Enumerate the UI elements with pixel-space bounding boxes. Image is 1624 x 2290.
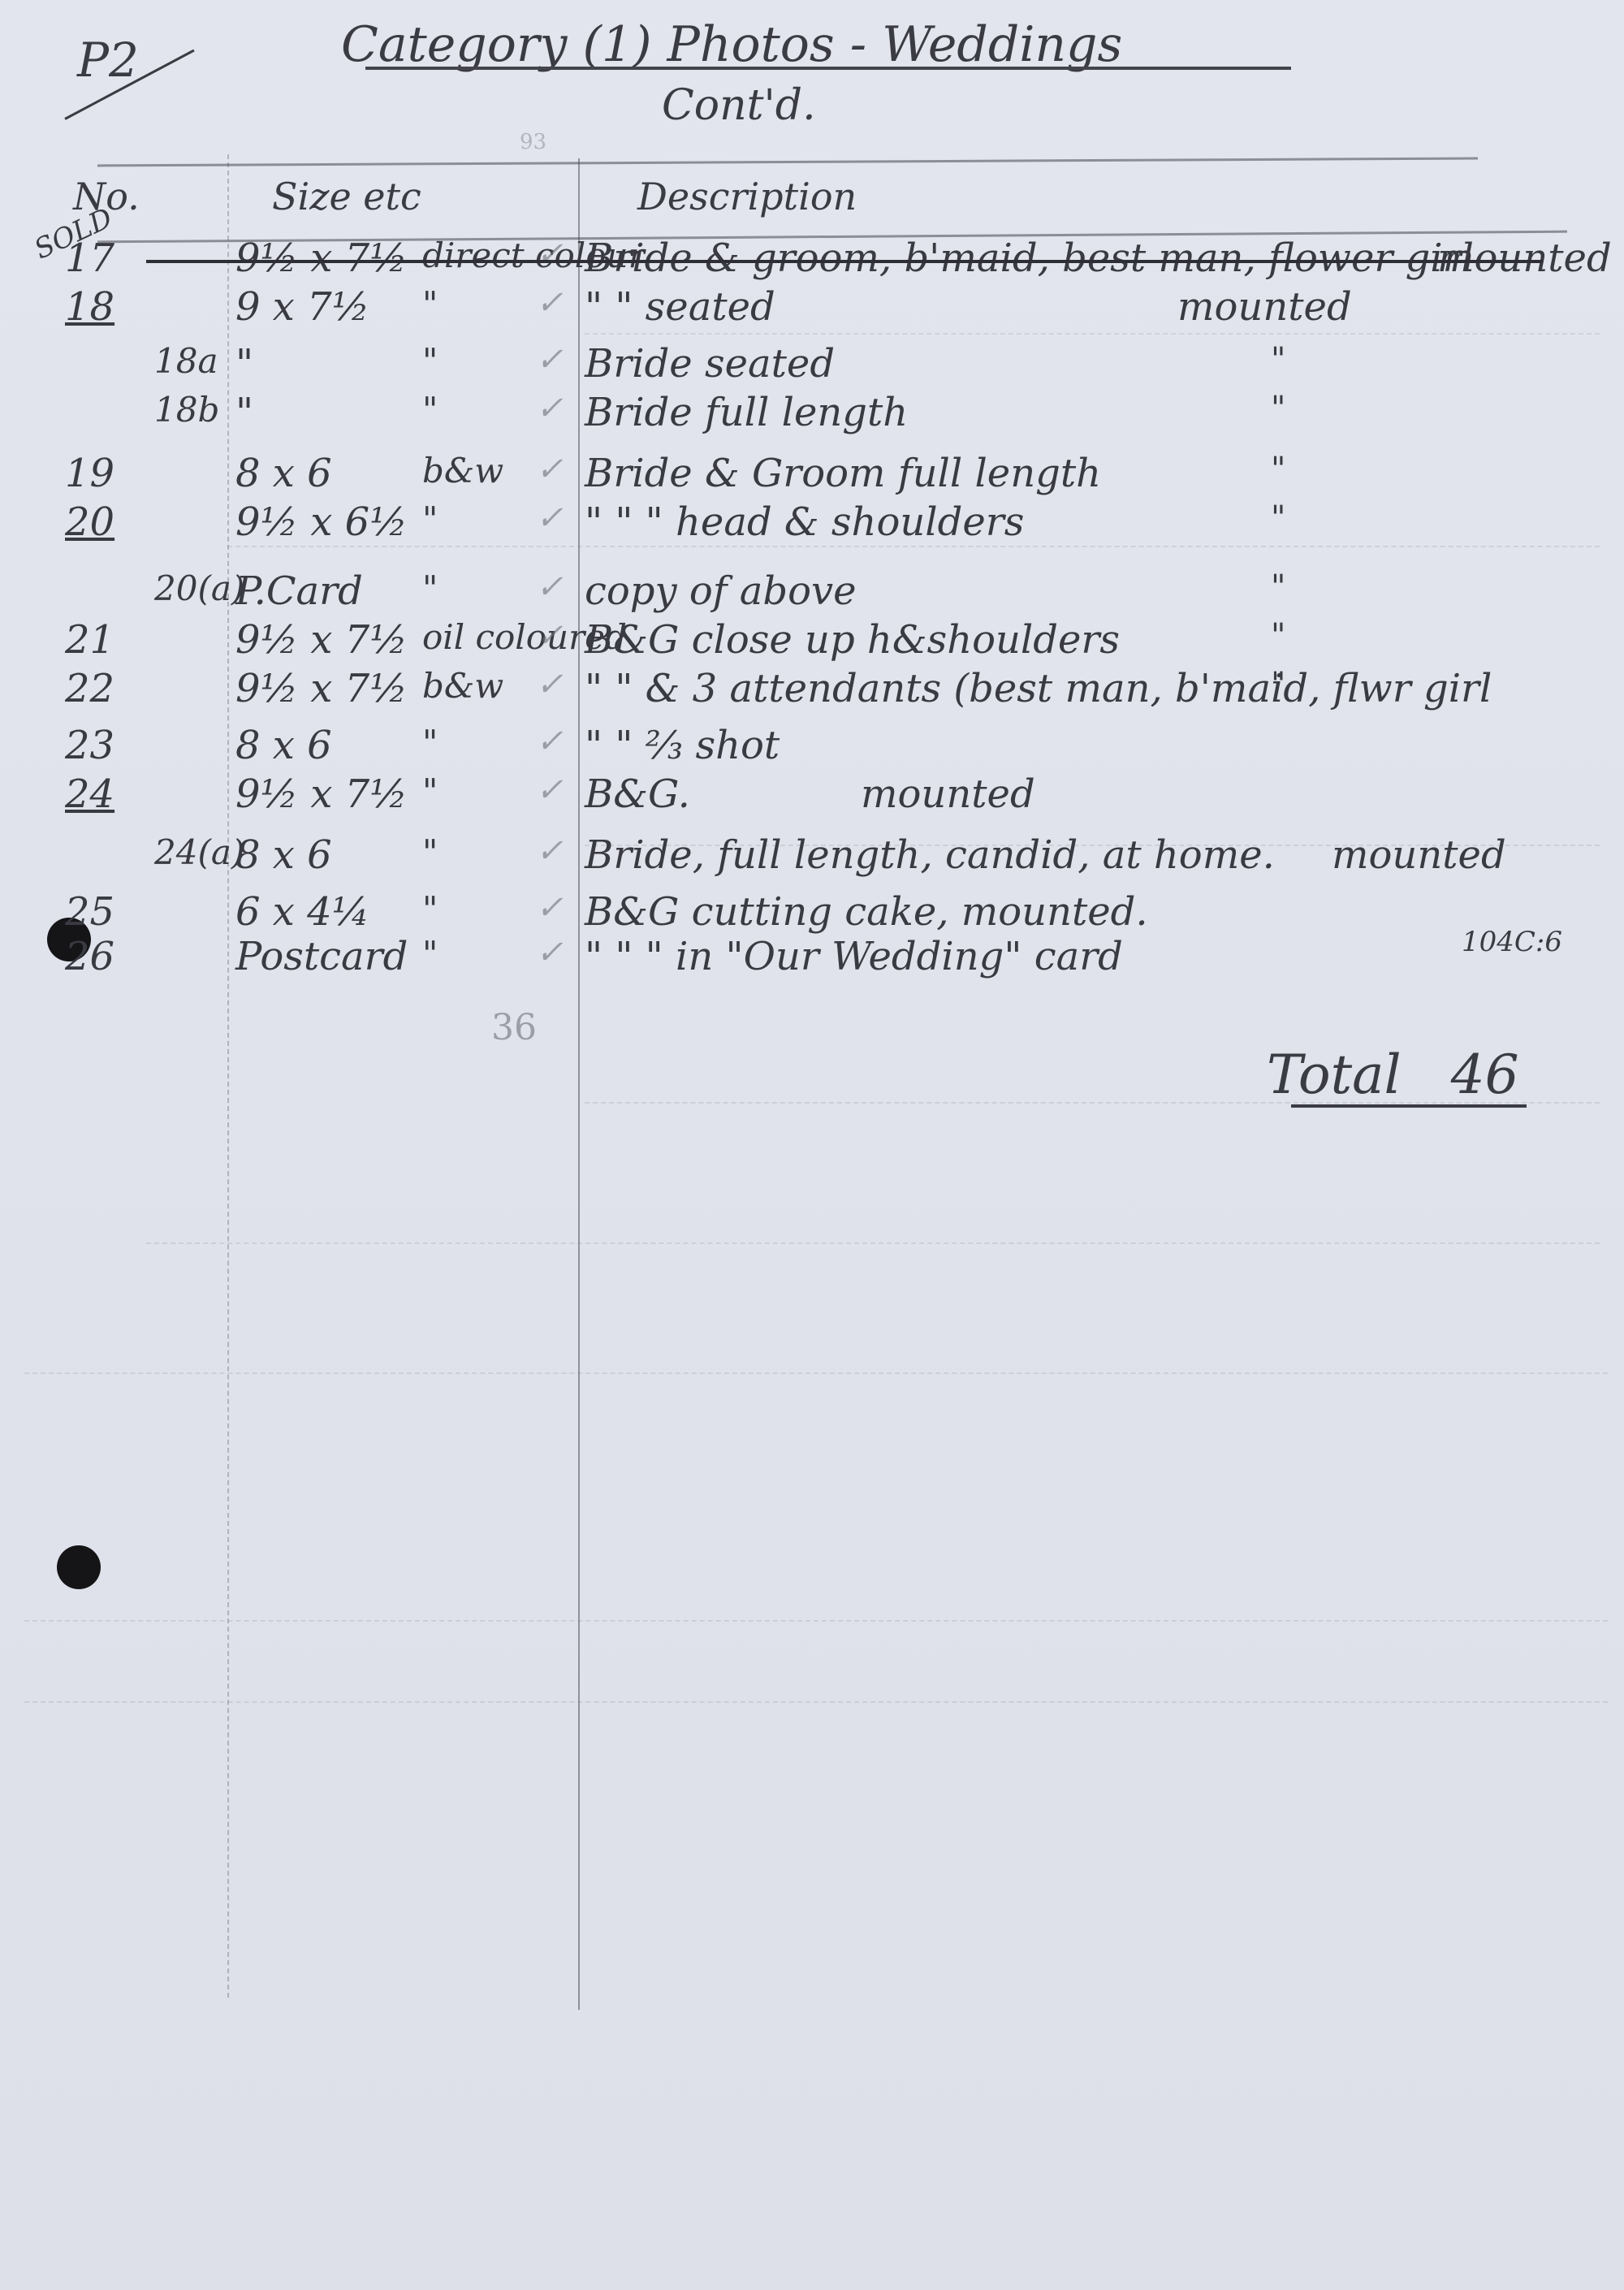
header-description: Description [637,175,857,218]
entry-description: " " & 3 attendants (best man, b'maid, fl… [585,666,1492,711]
check-mark-icon: ✓ [536,451,564,488]
entry-description: copy of above [585,568,857,614]
entry-number: 18 [65,284,114,330]
table-row: 209½ x 6½"✓" " " head & shoulders" [0,499,1624,548]
entry-number: 22 [65,666,114,711]
check-mark-icon: ✓ [536,235,564,273]
entry-note: " [1271,451,1285,488]
entry-number: 18a [154,341,218,381]
check-mark-icon: ✓ [536,617,564,655]
entry-size: 8 x 6 [235,451,332,496]
entry-number: 23 [65,723,114,768]
entry-note: " [1271,666,1285,703]
total: Total 46 [1267,1043,1519,1106]
table-row: 24(a)8 x 6"✓Bride, full length, candid, … [0,832,1624,881]
table-row: 18a""✓Bride seated" [0,341,1624,390]
entry-material: " [422,568,438,608]
entry-size: 6 x 4¼ [235,889,369,935]
table-row: 249½ x 7½"✓B&G.mounted [0,771,1624,820]
table-row: 219½ x 7½oil coloured✓B&G close up h&sho… [0,617,1624,666]
entry-description: Bride full length [585,390,908,435]
entry-size: " [235,341,253,387]
entry-material: b&w [422,666,503,706]
entry-note: mounted [861,771,1035,817]
entry-size: 9½ x 6½ [235,499,408,545]
page-title: Category (1) Photos - Weddings [341,16,1122,73]
entry-number: 18b [154,390,219,430]
check-mark-icon: ✓ [536,934,564,971]
entry-size: 9½ x 7½ [235,617,408,663]
entry-size: 9 x 7½ [235,284,369,330]
entry-note: mounted [1177,284,1352,330]
entry-number: 20 [65,499,114,545]
table-row: 256 x 4¼"✓B&G cutting cake, mounted. [0,889,1624,938]
entry-size: 9½ x 7½ [235,235,408,281]
pencil-count-annotation: 36 [491,1007,537,1048]
entry-material: " [422,771,438,811]
check-mark-icon: ✓ [536,341,564,378]
entry-note: mounted [1437,235,1612,281]
entry-description: Bride & groom, b'maid, best man, flower … [585,235,1474,281]
entry-note: " [1271,617,1285,655]
ruled-line [585,333,1600,335]
entry-description: " " " in "Our Wedding" card [585,934,1123,979]
entry-size: 9½ x 7½ [235,666,408,711]
entry-description: Bride seated [585,341,835,387]
punch-hole [57,1545,101,1589]
page-subtitle: Cont'd. [662,81,816,130]
faint-mark: 93 [520,130,546,154]
header-size: Size etc [272,175,421,218]
entry-description: Bride & Groom full length [585,451,1101,496]
entry-number: 24(a) [154,832,244,872]
entry-number: 20(a) [154,568,244,608]
check-mark-icon: ✓ [536,723,564,760]
check-mark-icon: ✓ [536,568,564,606]
table-row: 20(a)P.Card"✓copy of above" [0,568,1624,617]
table-row: 189 x 7½"✓" " seatedmounted [0,284,1624,333]
entry-size: 8 x 6 [235,832,332,878]
total-label: Total [1267,1043,1402,1106]
table-row: 198 x 6b&w✓Bride & Groom full length" [0,451,1624,499]
table-row: 238 x 6"✓" " ⅔ shot [0,723,1624,771]
entry-number: 25 [65,889,114,935]
ruled-line [146,1242,1600,1244]
entry-size: Postcard [235,934,408,979]
entry-description: B&G close up h&shoulders [585,617,1120,663]
entry-size: 9½ x 7½ [235,771,408,817]
table-row: 26Postcard"✓" " " in "Our Wedding" card [0,934,1624,983]
table-row: 18b""✓Bride full length" [0,390,1624,439]
entry-material: " [422,934,438,974]
entry-description: " " ⅔ shot [585,723,780,768]
entry-description: " " " head & shoulders [585,499,1024,545]
entry-number: 19 [65,451,114,496]
entry-description: B&G cutting cake, mounted. [585,889,1148,935]
entry-size: P.Card [235,568,363,614]
ruled-line [24,1701,1608,1703]
entry-note: " [1271,499,1285,537]
entry-note: " [1271,390,1285,427]
entry-material: " [422,341,438,381]
entry-note: " [1271,568,1285,606]
reference-code: 104C:6 [1462,926,1562,958]
entry-material: " [422,390,438,430]
check-mark-icon: ✓ [536,499,564,537]
entry-size: 8 x 6 [235,723,332,768]
total-value: 46 [1451,1043,1519,1106]
check-mark-icon: ✓ [536,284,564,322]
entry-number: 26 [65,934,114,979]
strikethrough-line [146,260,1543,263]
entry-material: " [422,723,438,763]
check-mark-icon: ✓ [536,390,564,427]
entry-size: " [235,390,253,435]
entry-description: Bride, full length, candid, at home. [585,832,1275,878]
table-row: 179½ x 7½direct colour✓Bride & groom, b'… [0,235,1624,284]
entry-note: " [1271,341,1285,378]
title-underline [365,67,1291,70]
entry-description: " " seated [585,284,775,330]
total-underline [1291,1104,1527,1108]
entry-material: " [422,832,438,872]
entry-number: 21 [65,617,114,663]
check-mark-icon: ✓ [536,666,564,703]
entry-description: B&G. [585,771,690,817]
entry-material: " [422,889,438,929]
table-row: 229½ x 7½b&w✓" " & 3 attendants (best ma… [0,666,1624,715]
ruled-line [24,1372,1608,1374]
ruled-line [24,1620,1608,1622]
entry-note: mounted [1332,832,1506,878]
check-mark-icon: ✓ [536,889,564,927]
entry-material: " [422,499,438,539]
entry-material: b&w [422,451,503,490]
check-mark-icon: ✓ [536,771,564,809]
entry-material: " [422,284,438,324]
entry-number: 24 [65,771,114,817]
check-mark-icon: ✓ [536,832,564,870]
page-label: P2 [77,32,139,88]
